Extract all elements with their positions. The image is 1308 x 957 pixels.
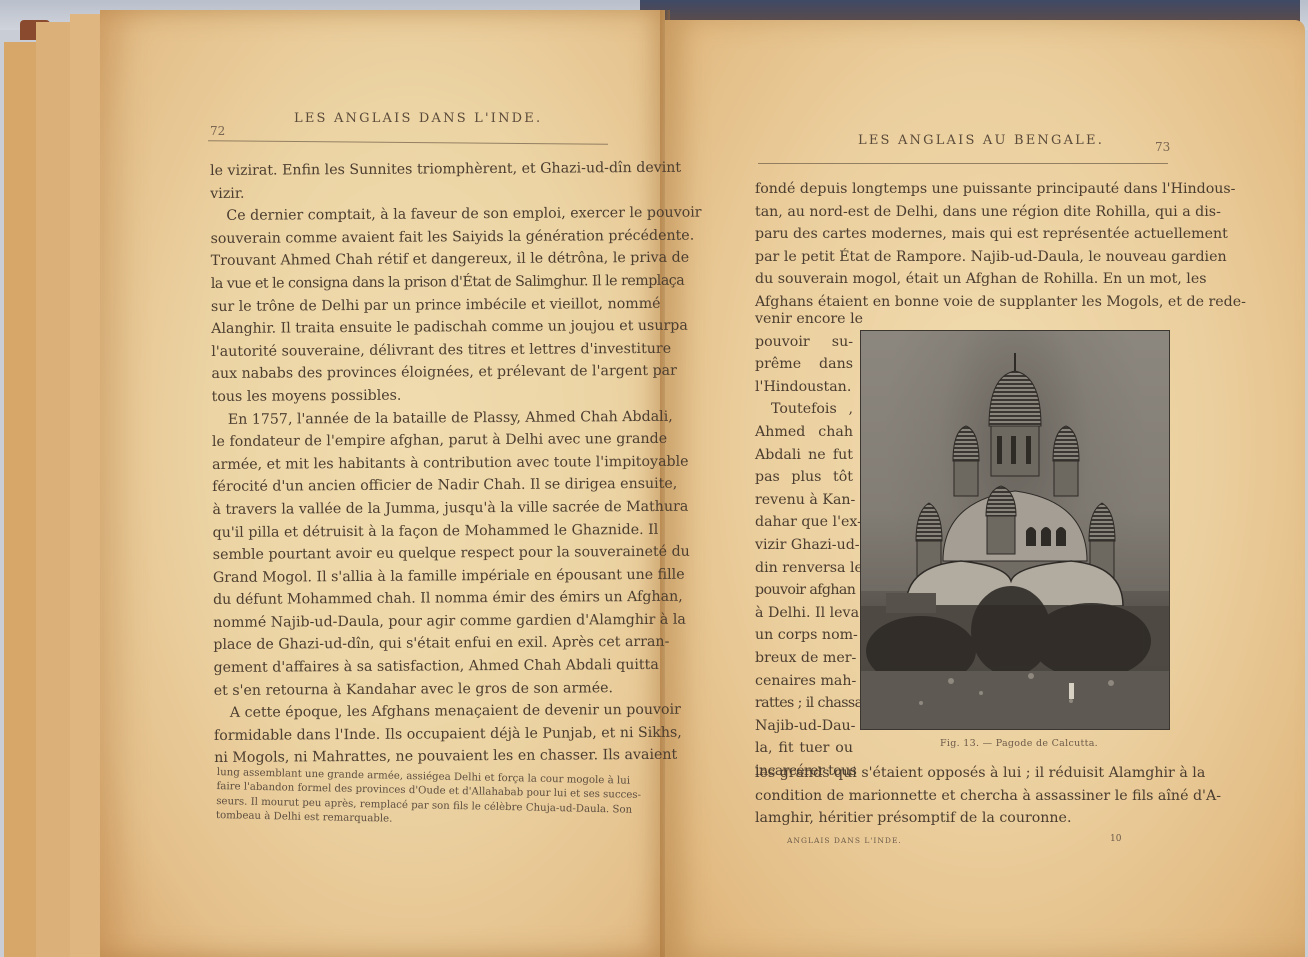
text-line: Ce dernier comptait, à la faveur de son … [210,202,612,227]
text-line: Trouvant Ahmed Chah rétif et dangereux, … [211,248,613,273]
text-line: par le petit État de Rampore. Najib-ud-D… [755,246,1167,269]
text-line: vizir. [210,180,612,205]
text-line: sur le trône de Delhi par un prince imbé… [211,293,613,318]
text-line: A cette époque, les Afghans menaçaient d… [214,699,616,724]
text-line: aux nababs des provinces éloignées, et p… [211,361,613,386]
right-body-text-bottom: les grands qui s'étaient opposés à lui ;… [755,762,1167,830]
text-line: l'autorité souveraine, délivrant des tit… [211,338,613,363]
left-page-number: 72 [210,124,225,138]
text-line: le fondateur de l'empire afghan, parut à… [212,428,614,453]
signature-number: 10 [1110,834,1121,844]
text-line: breux de mer- [755,647,853,670]
text-line: Najib-ud-Dau- [755,715,853,738]
text-line: din renversa le [755,557,853,580]
text-line: lamghir, héritier présomptif de la couro… [755,807,1167,830]
text-line: condition de marionnette et chercha à as… [755,785,1167,808]
left-body-text: le vizirat. Enfin les Sunnites triomphèr… [210,157,616,770]
text-line: En 1757, l'année de la bataille de Plass… [212,406,614,431]
right-body-text-top: fondé depuis longtemps une puissante pri… [755,178,1167,314]
text-line: un corps nom- [755,624,853,647]
text-line: pouvoir afghan [755,579,853,602]
text-line: place de Ghazi-ud-dîn, qui s'était enfui… [213,632,615,657]
text-line: paru des cartes modernes, mais qui est r… [755,223,1167,246]
left-footnote: lung assemblant une grande armée, assiég… [216,766,617,832]
signature-mark: ANGLAIS DANS L'INDE. [787,836,902,845]
text-line: Grand Mogol. Il s'allia à la famille imp… [213,564,615,589]
text-line: armée, et mit les habitants à contributi… [212,451,614,476]
text-line: la vue et le consigna dans la prison d'É… [211,270,613,295]
text-line: cenaires mah- [755,670,853,693]
text-line: semble pourtant avoir eu quelque respect… [213,541,615,566]
text-line: revenu à Kan- [755,489,853,512]
left-running-head: LES ANGLAIS DANS L'INDE. [294,111,542,126]
text-line: souverain comme avaient fait les Saiyids… [210,225,612,250]
text-line: l'Hindoustan. [755,376,853,399]
text-line: tan, au nord-est de Delhi, dans une régi… [755,201,1167,224]
text-line: et s'en retourna à Kandahar avec le gros… [214,677,616,702]
text-line: pas plus tôt [755,466,853,489]
text-line: fondé depuis longtemps une puissante pri… [755,178,1167,201]
right-page-number: 73 [1155,140,1170,154]
text-line: du souverain mogol, était un Afghan de R… [755,268,1167,291]
text-line: la, fit tuer ou [755,737,853,760]
text-line: du défunt Mohammed chah. Il nomma émir d… [213,586,615,611]
text-line: Abdali ne fut [755,444,853,467]
text-line: à Delhi. Il leva [755,602,853,625]
text-line: les grands qui s'étaient opposés à lui ;… [755,762,1167,785]
pagoda-engraving-icon [861,331,1169,729]
text-line: nommé Najib-ud-Daula, pour agir comme ga… [213,609,615,634]
book-cover-edge [640,0,1300,22]
text-line: pouvoir su- [755,331,853,354]
text-line: gement d'affaires à sa satisfaction, Ahm… [213,654,615,679]
text-line: rattes ; il chassa [755,692,853,715]
text-line: dahar que l'ex- [755,511,853,534]
right-running-head: LES ANGLAIS AU BENGALE. [858,133,1104,148]
text-line: vizir Ghazi-ud- [755,534,853,557]
right-header-rule [758,163,1168,164]
text-line: qu'il pilla et détruisit à la façon de M… [213,519,615,544]
figure-caption: Fig. 13. — Pagode de Calcutta. [940,738,1098,749]
right-body-text-wrap: venir encore le pouvoir su- prême dans l… [755,308,853,782]
text-line: formidable dans l'Inde. Ils occupaient d… [214,722,616,747]
book-photo: 72 LES ANGLAIS DANS L'INDE. le vizirat. … [0,0,1308,957]
pagoda-illustration [860,330,1170,730]
text-line: à travers la vallée de la Jumma, jusqu'à… [212,496,614,521]
text-line: férocité d'un ancien officier de Nadir C… [212,473,614,498]
text-line: prême dans [755,353,853,376]
text-line: tous les moyens possibles. [212,383,614,408]
text-line: Toutefois , [755,398,853,421]
text-line: le vizirat. Enfin les Sunnites triomphèr… [210,157,612,182]
text-line: venir encore le [755,308,853,331]
text-line: Alanghir. Il traita ensuite le padischah… [211,315,613,340]
text-line: Ahmed chah [755,421,853,444]
